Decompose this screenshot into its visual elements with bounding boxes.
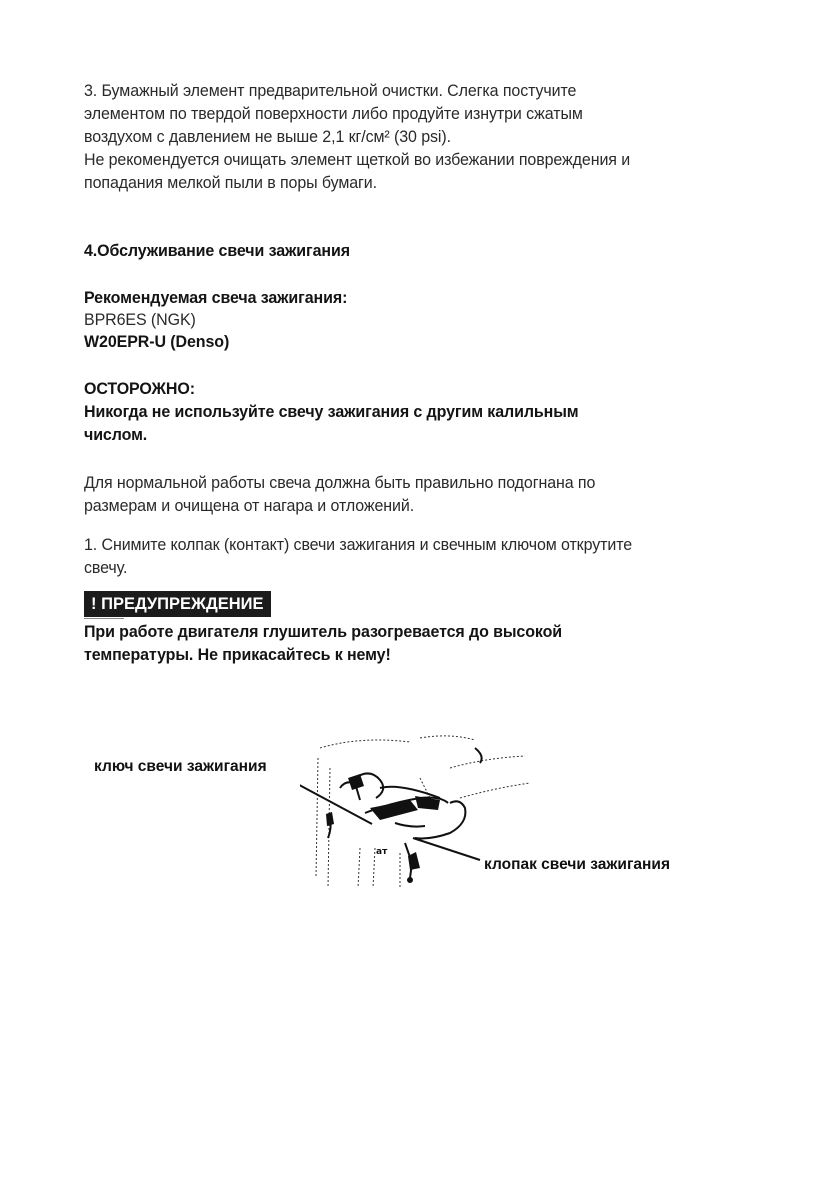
recommended-plug-label: Рекомендуемая свеча зажигания: bbox=[84, 287, 347, 310]
figure-label-wrench: ключ свечи зажигания bbox=[94, 758, 267, 776]
plug-ngk: BPR6ES (NGK) bbox=[84, 309, 196, 332]
caution-title: ОСТОРОЖНО: bbox=[84, 378, 195, 401]
text-line: элементом по твердой поверхности либо пр… bbox=[84, 103, 583, 126]
plug-denso: W20EPR-U (Denso) bbox=[84, 331, 229, 354]
step-1-line: свечу. bbox=[84, 557, 127, 580]
spark-plug-wrench-illustration: ат bbox=[300, 728, 530, 893]
section-4-heading: 4.Обслуживание свечи зажигания bbox=[84, 240, 350, 263]
divider bbox=[84, 618, 124, 619]
manual-page: 3. Бумажный элемент предварительной очис… bbox=[0, 0, 840, 1190]
warning-line: При работе двигателя глушитель разогрева… bbox=[84, 621, 562, 644]
caution-line: Никогда не используйте свечу зажигания с… bbox=[84, 401, 579, 424]
warning-line: температуры. Не прикасайтесь к нему! bbox=[84, 644, 391, 667]
figure-inner-mark: ат bbox=[376, 847, 388, 857]
text-line: Не рекомендуется очищать элемент щеткой … bbox=[84, 149, 630, 172]
step-1-line: 1. Снимите колпак (контакт) свечи зажига… bbox=[84, 534, 632, 557]
normal-operation-line: размерам и очищена от нагара и отложений… bbox=[84, 495, 414, 518]
normal-operation-line: Для нормальной работы свеча должна быть … bbox=[84, 472, 595, 495]
leader-line-cap bbox=[413, 838, 480, 860]
text-line: воздухом с давлением не выше 2,1 кг/см² … bbox=[84, 126, 451, 149]
warning-badge: ! ПРЕДУПРЕЖДЕНИЕ bbox=[84, 591, 271, 617]
text-line: 3. Бумажный элемент предварительной очис… bbox=[84, 80, 576, 103]
text-line: попадания мелкой пыли в поры бумаги. bbox=[84, 172, 377, 195]
caution-line: числом. bbox=[84, 424, 147, 447]
